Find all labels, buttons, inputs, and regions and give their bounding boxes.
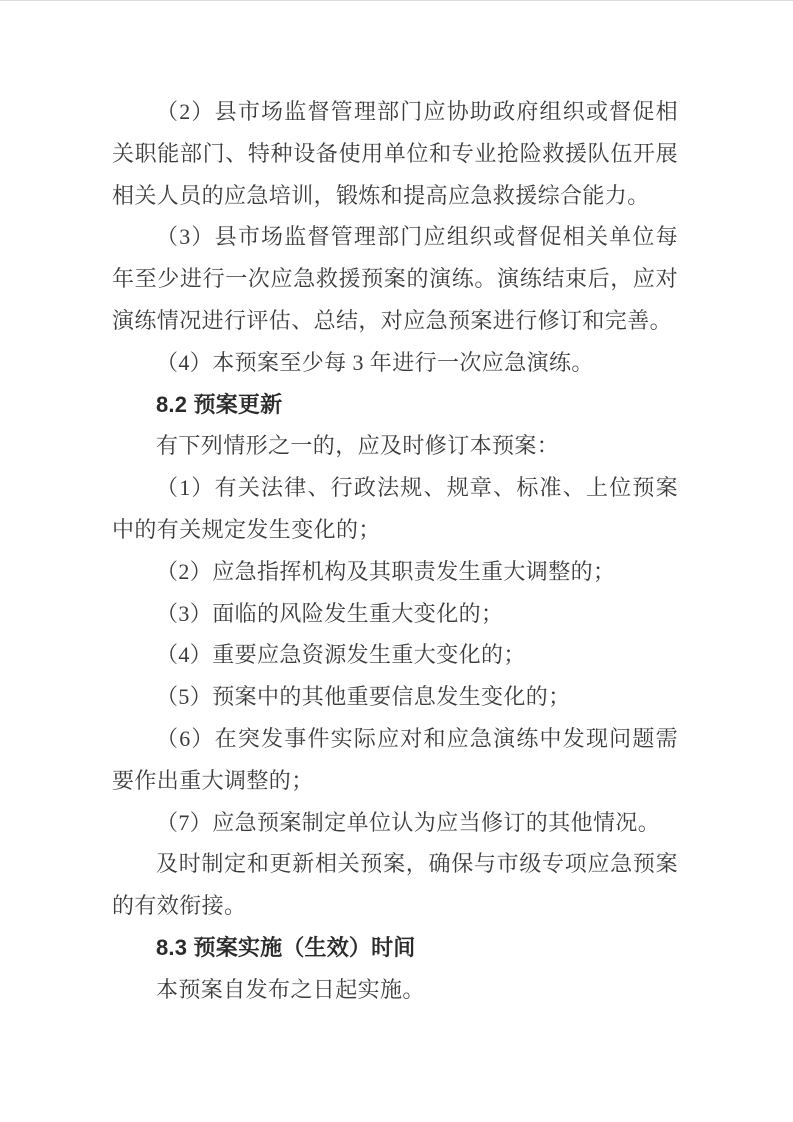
- section-heading-8-2: 8.2 预案更新: [112, 384, 678, 426]
- paragraph-condition-3: （3）面临的风险发生重大变化的；: [112, 593, 678, 635]
- paragraph-condition-6: （6）在突发事件实际应对和应急演练中发现问题需要作出重大调整的；: [112, 718, 678, 802]
- paragraph-item-3-drills: （3）县市场监督管理部门应组织或督促相关单位每年至少进行一次应急救援预案的演练。…: [112, 216, 678, 341]
- section-heading-8-3: 8.3 预案实施（生效）时间: [112, 927, 678, 969]
- document-text-block: （2）县市场监督管理部门应协助政府组织或督促相关职能部门、特种设备使用单位和专业…: [112, 91, 678, 1011]
- paragraph-condition-4: （4）重要应急资源发生重大变化的；: [112, 634, 678, 676]
- paragraph-condition-1: （1）有关法律、行政法规、规章、标准、上位预案中的有关规定发生变化的；: [112, 467, 678, 551]
- paragraph-item-2-training: （2）县市场监督管理部门应协助政府组织或督促相关职能部门、特种设备使用单位和专业…: [112, 91, 678, 216]
- document-page: （2）县市场监督管理部门应协助政府组织或督促相关职能部门、特种设备使用单位和专业…: [0, 0, 793, 1122]
- paragraph-item-4-drill-frequency: （4）本预案至少每 3 年进行一次应急演练。: [112, 342, 678, 384]
- paragraph-condition-7: （7）应急预案制定单位认为应当修订的其他情况。: [112, 802, 678, 844]
- paragraph-condition-2: （2）应急指挥机构及其职责发生重大调整的；: [112, 551, 678, 593]
- paragraph-revision-intro: 有下列情形之一的，应及时修订本预案：: [112, 425, 678, 467]
- paragraph-effective-date: 本预案自发布之日起实施。: [112, 969, 678, 1011]
- paragraph-condition-5: （5）预案中的其他重要信息发生变化的；: [112, 676, 678, 718]
- paragraph-update-link: 及时制定和更新相关预案，确保与市级专项应急预案的有效衔接。: [112, 843, 678, 927]
